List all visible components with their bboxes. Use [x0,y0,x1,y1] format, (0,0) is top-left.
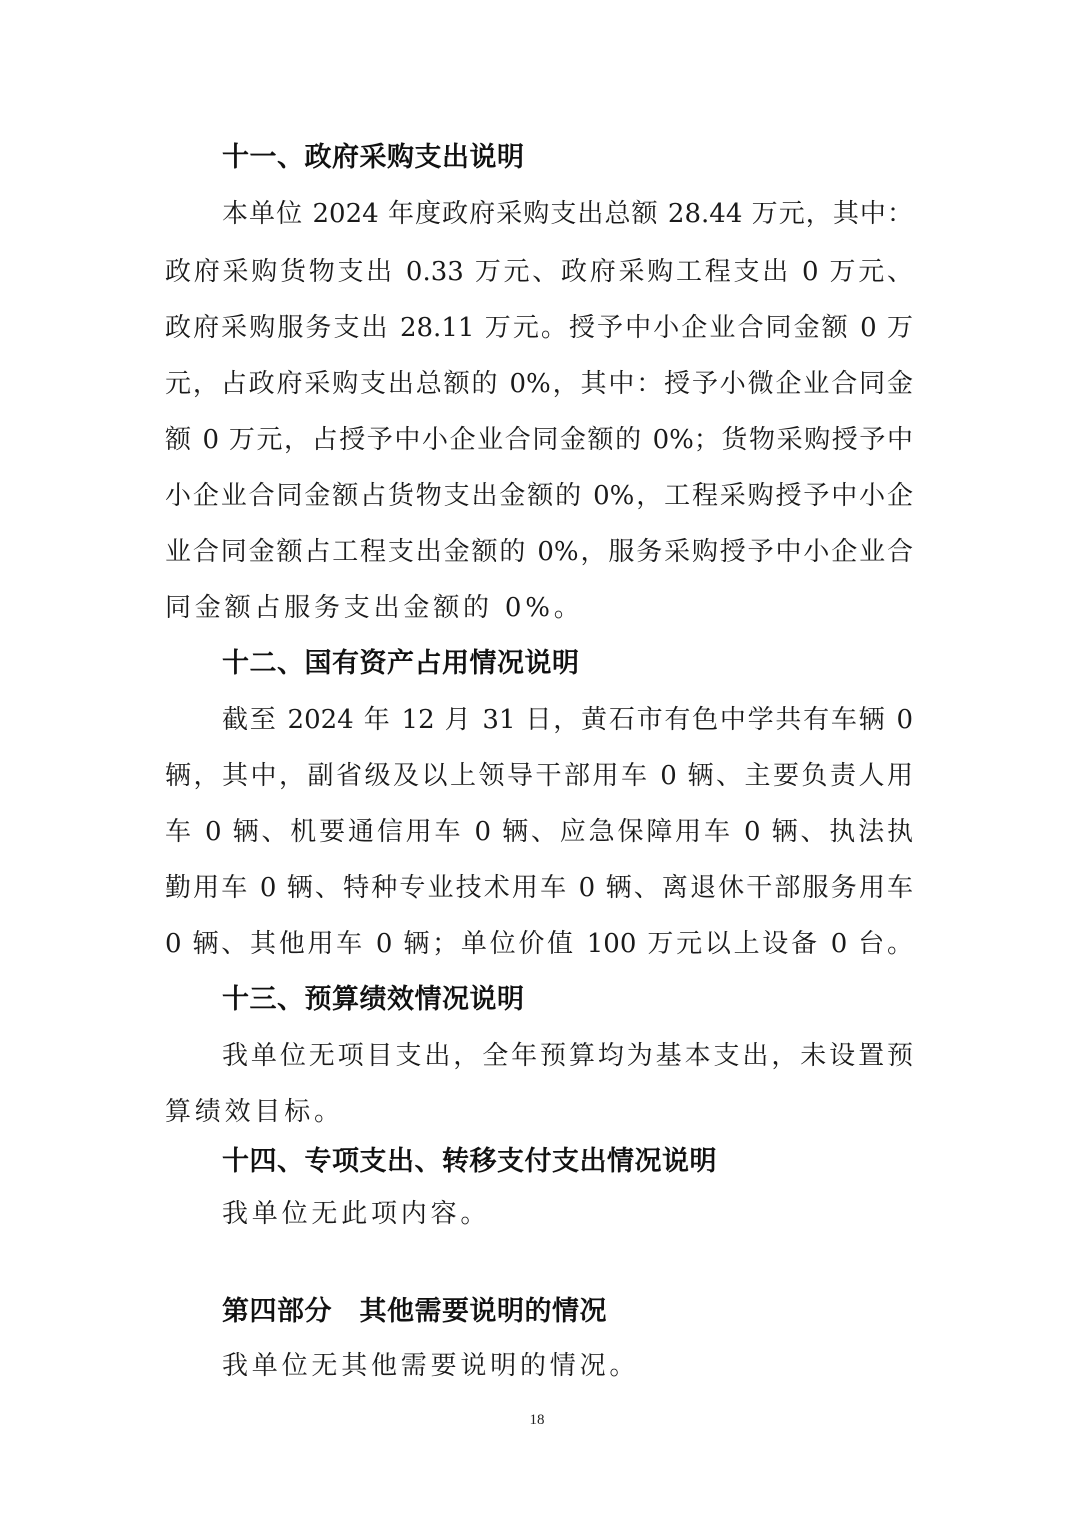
paragraph-line: 辆，其中，副省级及以上领导干部用车 0 辆、主要负责人用 [165,760,913,792]
paragraph-line: 元，占政府采购支出总额的 0%，其中：授予小微企业合同金 [165,368,913,400]
paragraph-line: 0 辆、其他用车 0 辆；单位价值 100 万元以上设备 0 台。 [165,928,913,960]
paragraph-line: 截至 2024 年 12 月 31 日，黄石市有色中学共有车辆 0 [222,704,913,736]
paragraph-line: 本单位 2024 年度政府采购支出总额 28.44 万元，其中： [222,198,913,230]
paragraph-line: 我单位无其他需要说明的情况。 [222,1350,913,1382]
paragraph-line: 算绩效目标。 [165,1096,913,1128]
page-number: 18 [0,1412,1074,1429]
paragraph-line: 业合同金额占工程支出金额的 0%，服务采购授予中小企业合 [165,536,913,568]
paragraph-line: 政府采购货物支出 0.33 万元、政府采购工程支出 0 万元、 [165,256,913,288]
section-heading-budget-performance: 十三、预算绩效情况说明 [222,984,525,1016]
paragraph-line: 额 0 万元，占授予中小企业合同金额的 0%；货物采购授予中 [165,424,913,456]
paragraph-line: 政府采购服务支出 28.11 万元。授予中小企业合同金额 0 万 [165,312,913,344]
part-heading-other-matters: 第四部分 其他需要说明的情况 [222,1296,607,1328]
paragraph-line: 同金额占服务支出金额的 0%。 [165,592,913,624]
paragraph-line: 我单位无项目支出，全年预算均为基本支出，未设置预 [222,1040,913,1072]
paragraph-line: 我单位无此项内容。 [222,1198,913,1230]
document-page: 十一、政府采购支出说明 本单位 2024 年度政府采购支出总额 28.44 万元… [0,0,1074,1520]
section-heading-special-transfer-expenditure: 十四、专项支出、转移支付支出情况说明 [222,1146,717,1178]
paragraph-line: 车 0 辆、机要通信用车 0 辆、应急保障用车 0 辆、执法执 [165,816,913,848]
paragraph-line: 小企业合同金额占货物支出金额的 0%，工程采购授予中小企 [165,480,913,512]
section-heading-state-assets: 十二、国有资产占用情况说明 [222,648,580,680]
paragraph-line: 勤用车 0 辆、特种专业技术用车 0 辆、离退休干部服务用车 [165,872,913,904]
section-heading-government-procurement: 十一、政府采购支出说明 [222,142,525,174]
